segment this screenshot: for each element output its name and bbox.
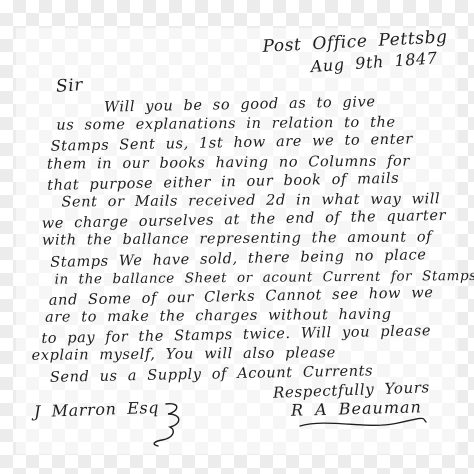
addressee-flourish-icon xyxy=(148,400,208,448)
letter-body: Will you be so good as to give us some e… xyxy=(28,93,450,387)
salutation: Sir xyxy=(55,75,83,97)
transparency-checkerboard-background: Post Office Pettsbg Aug 9th 1847 Sir Wil… xyxy=(0,0,474,474)
signature-flourish-icon xyxy=(298,416,428,430)
